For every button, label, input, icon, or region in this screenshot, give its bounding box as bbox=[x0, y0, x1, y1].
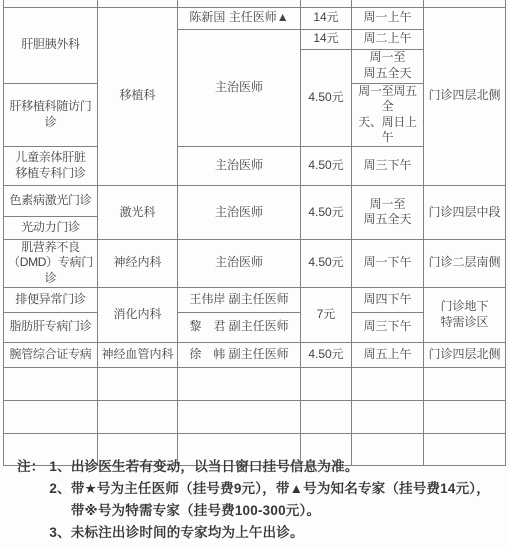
cell-department: 肌营养不良 （DMD）专病门诊 bbox=[4, 239, 98, 287]
table-row: 色素病激光门诊 激光科 主治医师 4.50元 周一至 周五全天 门诊四层中段 bbox=[4, 185, 506, 216]
cell-doctor: 黎 君 副主任医师 bbox=[178, 312, 301, 342]
cell-location: 门诊地下 特需诊区 bbox=[424, 287, 506, 342]
schedule-page: 肝胆胰外科 移植科 陈新国 主任医师▲ 14元 周一上午 门诊四层北侧 主治医师… bbox=[0, 0, 509, 549]
cell-section: 消化内科 bbox=[98, 287, 178, 342]
cell-fee: 4.50元 bbox=[301, 342, 352, 367]
cell-schedule: 周三下午 bbox=[352, 312, 424, 342]
note-text: 带★号为主任医师（挂号费9元），带▲号为知名专家（挂号费14元）， 带※号为特需… bbox=[71, 478, 490, 522]
cell-department: 腕管综合证专病 bbox=[4, 342, 98, 367]
table-cell-empty bbox=[98, 0, 178, 7]
cell-schedule: 周五上午 bbox=[352, 342, 424, 367]
cell-schedule: 周一上午 bbox=[352, 7, 424, 29]
cell-fee: 14元 bbox=[301, 29, 352, 49]
table-row: 肌营养不良 （DMD）专病门诊 神经内科 主治医师 4.50元 周一下午 门诊二… bbox=[4, 239, 506, 287]
table-cell-empty bbox=[4, 0, 98, 7]
cell-section: 神经血管内科 bbox=[98, 342, 178, 367]
cell-department: 肝胆胰外科 bbox=[4, 7, 98, 83]
table-row: 腕管综合证专病 神经血管内科 徐 帏 副主任医师 4.50元 周五上午 门诊四层… bbox=[4, 342, 506, 367]
cell-location: 门诊四层中段 bbox=[424, 185, 506, 239]
cell-fee: 4.50元 bbox=[301, 49, 352, 146]
cell-section: 激光科 bbox=[98, 185, 178, 239]
cell-doctor: 主治医师 bbox=[178, 185, 301, 239]
cell-fee: 14元 bbox=[301, 7, 352, 29]
cell-location: 门诊四层北侧 bbox=[424, 342, 506, 367]
cell-doctor: 主治医师 bbox=[178, 146, 301, 185]
table-cell-empty bbox=[98, 400, 178, 433]
cell-doctor: 陈新国 主任医师▲ bbox=[178, 7, 301, 29]
cell-schedule: 周一至 周五全天 bbox=[352, 185, 424, 239]
notes-list: 1、 出诊医生若有变动，以当日窗口挂号信息为准。 2、 带★号为主任医师（挂号费… bbox=[49, 456, 490, 544]
table-cell-empty bbox=[352, 0, 424, 7]
note-number: 3、 bbox=[49, 522, 70, 544]
cell-schedule: 周一下午 bbox=[352, 239, 424, 287]
cell-section: 移植科 bbox=[98, 7, 178, 185]
cell-schedule: 周一至 周五全天 bbox=[352, 49, 424, 83]
cell-doctor: 主治医师 bbox=[178, 239, 301, 287]
cell-schedule: 周二上午 bbox=[352, 29, 424, 49]
table-cell-empty bbox=[301, 400, 352, 433]
table-row bbox=[4, 0, 506, 7]
note-text: 出诊医生若有变动，以当日窗口挂号信息为准。 bbox=[71, 456, 359, 478]
cell-fee: 4.50元 bbox=[301, 239, 352, 287]
cell-fee: 4.50元 bbox=[301, 146, 352, 185]
note-item: 1、 出诊医生若有变动，以当日窗口挂号信息为准。 bbox=[49, 456, 490, 478]
table-cell-empty bbox=[352, 400, 424, 433]
cell-department: 排便异常门诊 bbox=[4, 287, 98, 312]
footnotes: 注： 1、 出诊医生若有变动，以当日窗口挂号信息为准。 2、 带★号为主任医师（… bbox=[17, 456, 490, 544]
cell-fee: 7元 bbox=[301, 287, 352, 342]
cell-department: 肝移植科随访门诊 bbox=[4, 83, 98, 146]
outpatient-schedule-table: 肝胆胰外科 移植科 陈新国 主任医师▲ 14元 周一上午 门诊四层北侧 主治医师… bbox=[3, 0, 506, 466]
table-cell-empty bbox=[178, 400, 301, 433]
note-text: 未标注出诊时间的专家均为上午出诊。 bbox=[71, 522, 304, 544]
table-cell-empty bbox=[301, 367, 352, 400]
table-row bbox=[4, 400, 506, 433]
table-row: 排便异常门诊 消化内科 王伟岸 副主任医师 7元 周四下午 门诊地下 特需诊区 bbox=[4, 287, 506, 312]
table-cell-empty bbox=[98, 367, 178, 400]
note-number: 1、 bbox=[49, 456, 70, 478]
table-cell-empty bbox=[301, 0, 352, 7]
note-item: 3、 未标注出诊时间的专家均为上午出诊。 bbox=[49, 522, 490, 544]
notes-label: 注： bbox=[17, 456, 44, 544]
cell-fee: 4.50元 bbox=[301, 185, 352, 239]
cell-doctor: 王伟岸 副主任医师 bbox=[178, 287, 301, 312]
cell-doctor: 徐 帏 副主任医师 bbox=[178, 342, 301, 367]
table-cell-empty bbox=[352, 367, 424, 400]
cell-doctor: 主治医师 bbox=[178, 29, 301, 146]
table-cell-empty bbox=[178, 0, 301, 7]
cell-schedule: 周三下午 bbox=[352, 146, 424, 185]
table-cell-empty bbox=[424, 400, 506, 433]
cell-location: 门诊二层南侧 bbox=[424, 239, 506, 287]
cell-department: 儿童亲体肝脏 移植专科门诊 bbox=[4, 146, 98, 185]
table-cell-empty bbox=[4, 367, 98, 400]
table-cell-empty bbox=[424, 367, 506, 400]
cell-location: 门诊四层北侧 bbox=[424, 7, 506, 185]
cell-section: 神经内科 bbox=[98, 239, 178, 287]
cell-schedule: 周四下午 bbox=[352, 287, 424, 312]
table-cell-empty bbox=[4, 400, 98, 433]
cell-department: 脂肪肝专病门诊 bbox=[4, 312, 98, 342]
cell-schedule: 周一至周五全 天、周日上午 bbox=[352, 83, 424, 146]
note-item: 2、 带★号为主任医师（挂号费9元），带▲号为知名专家（挂号费14元）， 带※号… bbox=[49, 478, 490, 522]
table-row: 肝胆胰外科 移植科 陈新国 主任医师▲ 14元 周一上午 门诊四层北侧 bbox=[4, 7, 506, 29]
cell-department: 光动力门诊 bbox=[4, 216, 98, 239]
table-cell-empty bbox=[178, 367, 301, 400]
table-cell-empty bbox=[424, 0, 506, 7]
note-number: 2、 bbox=[49, 478, 70, 522]
cell-department: 色素病激光门诊 bbox=[4, 185, 98, 216]
table-row bbox=[4, 367, 506, 400]
